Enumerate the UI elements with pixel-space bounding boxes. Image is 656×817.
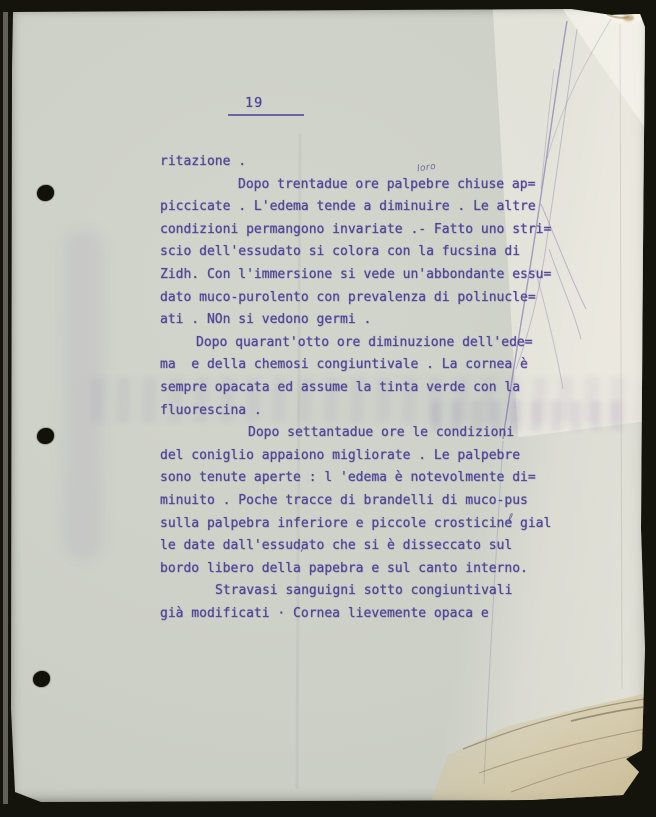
- typewritten-line: già modificati · Cornea lievemente opaca…: [160, 603, 584, 626]
- typewritten-line: fluorescina .: [160, 400, 584, 423]
- typewritten-line: Dopo settantadue ore le condizioni: [248, 422, 584, 445]
- typewritten-line: piccicate . L'edema tende a diminuire . …: [160, 196, 584, 219]
- typewritten-line: sono tenute aperte : l 'edema è notevolm…: [160, 467, 584, 490]
- typewritten-line: sulla palpebra inferiore e piccole crost…: [160, 513, 584, 536]
- typewritten-line: condizioni permangono invariate .- Fatto…: [160, 219, 584, 242]
- scanned-document-view: { "scan": { "page_number": "19", "lines"…: [0, 0, 656, 817]
- typewritten-line: sempre opacata ed assume la tinta verde …: [160, 377, 584, 400]
- document-page: 19 ritazione . Dopo trentadue ore palpeb…: [11, 9, 645, 802]
- typewritten-text: ritazione . Dopo trentadue ore palpebre …: [160, 151, 584, 625]
- punch-hole-top: [37, 185, 54, 201]
- typewritten-line: ma e della chemosi congiuntivale . La co…: [160, 354, 584, 377]
- typewritten-line: scio dell'essudato si colora con la fucs…: [160, 241, 584, 264]
- typewritten-line: Dopo trentadue ore palpebre chiuse ap=: [238, 174, 584, 197]
- typewritten-line: minuito . Poche tracce di brandelli di m…: [160, 490, 584, 513]
- typewritten-line: Zidh. Con l'immersione si vede un'abbond…: [160, 264, 584, 287]
- page-number: 19: [228, 95, 304, 116]
- punch-hole-middle: [37, 428, 54, 444]
- punch-hole-bottom: [33, 671, 50, 687]
- handwritten-insert-mark: ’: [299, 547, 303, 561]
- typewritten-line: Stravasi sanguigni sotto congiuntivali: [215, 580, 584, 603]
- typewritten-line: le date dall'essudato che si è disseccat…: [160, 535, 584, 558]
- typewritten-line: Dopo quarant'otto ore diminuzione dell'e…: [196, 332, 584, 355]
- typewritten-line: ritazione .: [160, 151, 584, 174]
- typewritten-line: del coniglio appaiono migliorate . Le pa…: [160, 445, 584, 468]
- underlying-sheet-edge: [3, 12, 8, 804]
- typewritten-line: dato muco-purolento con prevalenza di po…: [160, 287, 584, 310]
- typewritten-line: bordo libero della papebra e sul canto i…: [160, 558, 584, 581]
- typewritten-line: ati . NOn si vedono germi .: [160, 309, 584, 332]
